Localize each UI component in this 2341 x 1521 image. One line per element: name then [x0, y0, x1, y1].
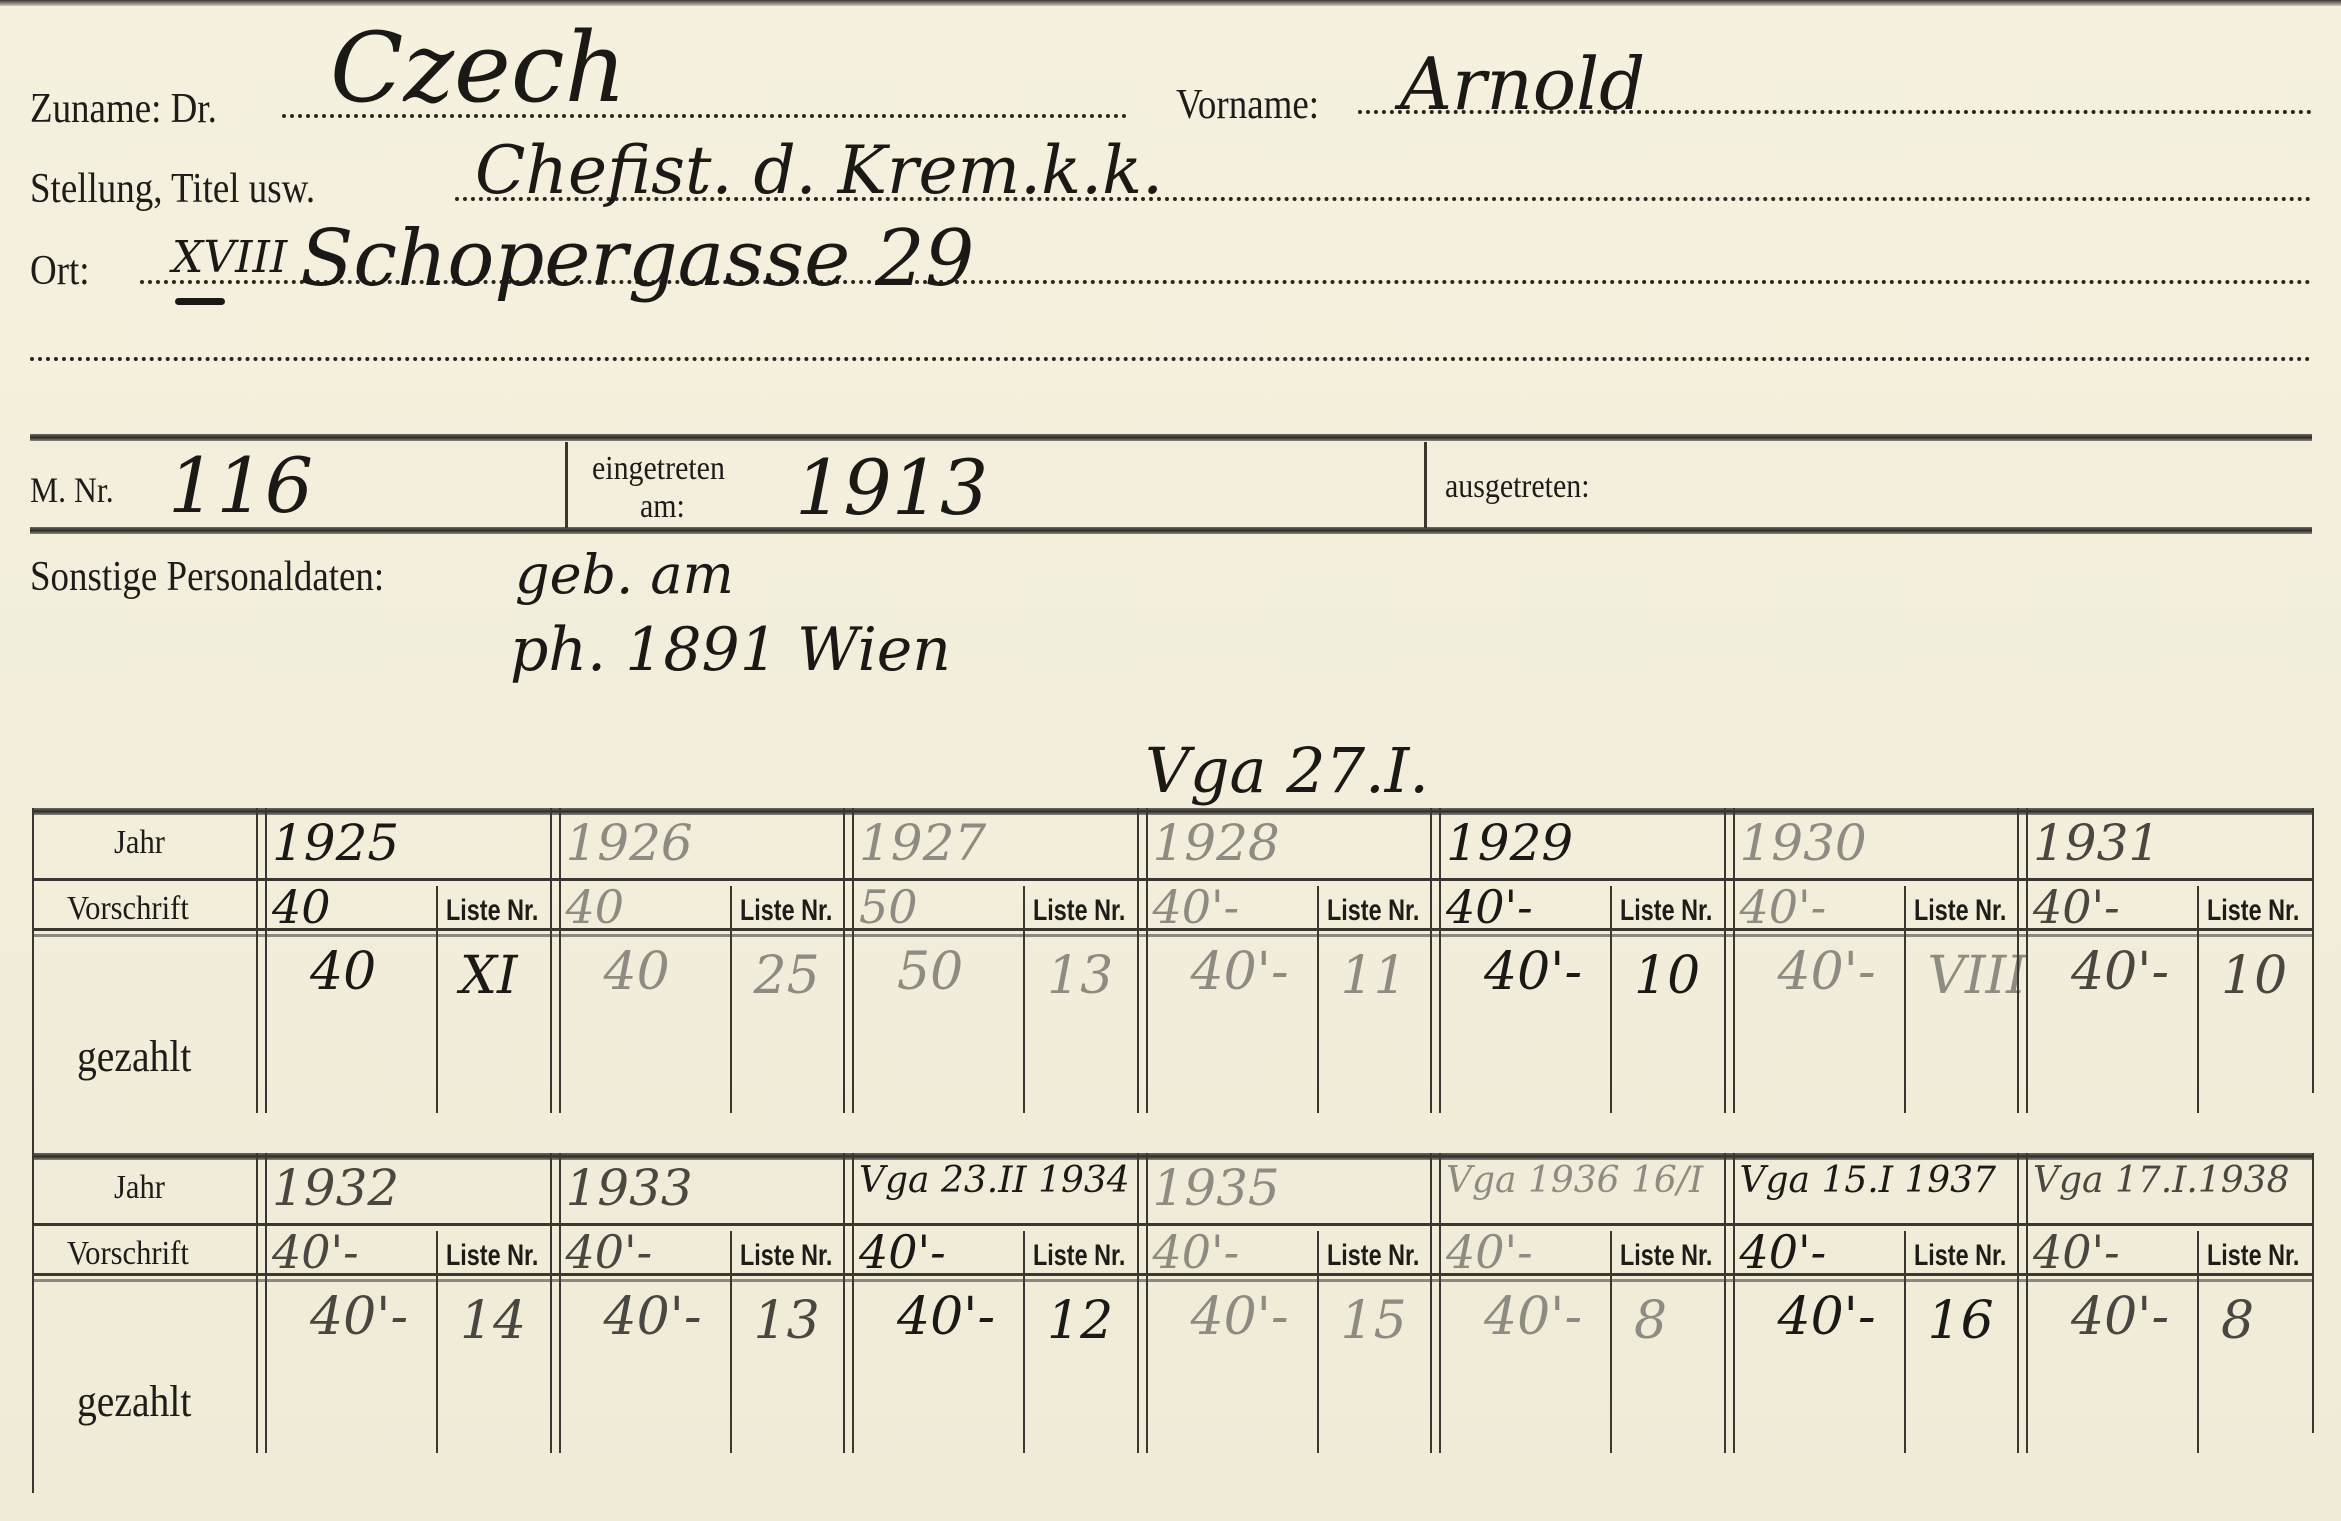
column-divider: [843, 1153, 854, 1453]
gezahlt-value: 40'-: [1778, 946, 1876, 998]
vorschrift-value: 40'-: [566, 1229, 653, 1275]
row-label-gezahlt: gezahlt: [77, 1376, 191, 1427]
year-value: 1925: [272, 818, 399, 868]
card-top-edge: [0, 0, 2341, 6]
column-divider: [550, 1153, 561, 1453]
vorschrift-value: 40'-: [1153, 884, 1240, 930]
row-label-jahr: Jahr: [114, 824, 165, 862]
year-value: 1935: [1153, 1163, 1280, 1213]
gezahlt-value: 40'-: [2071, 1291, 2169, 1343]
dues-vorschrift-rule-b: [32, 934, 2314, 937]
liste-divider: [1317, 886, 1319, 1113]
vorschrift-value: 50: [859, 884, 918, 930]
liste-divider: [1610, 1231, 1612, 1453]
stellung-value: Chefist. d. Krem.k.k.: [475, 138, 1163, 204]
liste-divider: [730, 886, 732, 1113]
dues-right-border: [2312, 1153, 2314, 1433]
liste-nr-value: 25: [754, 950, 820, 1002]
vorschrift-value: 40'-: [272, 1229, 359, 1275]
dues-table-1925-1931: JahrVorschriftgezahlt192540Liste Nr.40XI…: [32, 808, 2314, 1153]
liste-nr-value: 11: [1341, 950, 1407, 1002]
year-value: 1933: [566, 1163, 693, 1213]
dues-vorschrift-rule-b: [32, 1279, 2314, 1282]
vorschrift-value: 40'-: [2033, 1229, 2120, 1275]
column-divider: [256, 808, 267, 1113]
ort-label: Ort:: [30, 250, 90, 292]
column-divider: [256, 1153, 267, 1453]
column-divider: [2017, 1153, 2028, 1453]
column-divider: [1724, 1153, 1735, 1453]
column-divider: [843, 808, 854, 1113]
liste-divider: [1023, 1231, 1025, 1453]
liste-nr-label: Liste Nr.: [1914, 1239, 2006, 1273]
liste-nr-label: Liste Nr.: [1620, 894, 1712, 928]
gezahlt-value: 40'-: [310, 1291, 408, 1343]
year-value: 1931: [2033, 818, 2160, 868]
vorschrift-value: 40'-: [1446, 884, 1533, 930]
vorschrift-value: 40'-: [2033, 884, 2120, 930]
liste-divider: [436, 1231, 438, 1453]
ort-value: Schopergasse 29: [300, 220, 974, 298]
stellung-label: Stellung, Titel usw.: [30, 168, 315, 210]
liste-divider: [1023, 886, 1025, 1113]
liste-nr-value: XI: [460, 950, 518, 1002]
dues-table-1932-1938: JahrVorschriftgezahlt193240'-Liste Nr.40…: [32, 1153, 2314, 1493]
blank-line: [30, 357, 2312, 361]
vorname-label: Vorname:: [1176, 84, 1319, 126]
zuname-value: Czech: [330, 20, 626, 116]
annotation-top: Vga 27.I.: [1145, 740, 1429, 802]
personal-label: Sonstige Personaldaten:: [30, 556, 384, 598]
personal-line1: geb. am: [515, 548, 734, 602]
liste-divider: [1904, 886, 1906, 1113]
ort-district: XVIII: [172, 236, 287, 280]
row-label-vorschrift: Vorschrift: [67, 1235, 189, 1273]
year-value: Vga 17.I.1938: [2033, 1163, 2289, 1199]
gezahlt-value: 40'-: [897, 1291, 995, 1343]
liste-nr-value: 8: [2221, 1295, 2254, 1347]
dues-left-border: [32, 808, 34, 1153]
liste-divider: [2197, 1231, 2199, 1453]
membership-top-rule: [30, 434, 2312, 441]
vorschrift-value: 40'-: [859, 1229, 946, 1275]
gezahlt-value: 40'-: [1484, 1291, 1582, 1343]
row-label-jahr: Jahr: [114, 1169, 165, 1207]
column-divider: [2017, 808, 2028, 1113]
gezahlt-value: 40'-: [604, 1291, 702, 1343]
vorschrift-value: 40: [566, 884, 625, 930]
liste-nr-label: Liste Nr.: [740, 1239, 832, 1273]
vorschrift-value: 40'-: [1153, 1229, 1240, 1275]
liste-nr-value: 14: [460, 1295, 526, 1347]
liste-nr-label: Liste Nr.: [1914, 894, 2006, 928]
gezahlt-value: 40'-: [1778, 1291, 1876, 1343]
liste-nr-value: 8: [1634, 1295, 1667, 1347]
year-value: 1932: [272, 1163, 399, 1213]
membership-divider-1: [565, 442, 568, 528]
dues-left-border: [32, 1153, 34, 1493]
liste-nr-label: Liste Nr.: [740, 894, 832, 928]
zuname-label: Zuname: Dr.: [30, 88, 217, 130]
gezahlt-value: 40: [310, 946, 376, 998]
vorschrift-value: 40'-: [1740, 884, 1827, 930]
year-value: 1926: [566, 818, 693, 868]
liste-divider: [436, 886, 438, 1113]
liste-divider: [730, 1231, 732, 1453]
mnr-label: M. Nr.: [30, 472, 114, 508]
liste-nr-label: Liste Nr.: [1620, 1239, 1712, 1273]
liste-nr-label: Liste Nr.: [446, 894, 538, 928]
liste-nr-label: Liste Nr.: [2207, 894, 2299, 928]
column-divider: [1137, 808, 1148, 1113]
personal-line2: ph. 1891 Wien: [510, 620, 951, 680]
mnr-value: 116: [168, 448, 313, 524]
liste-nr-value: 10: [2221, 950, 2287, 1002]
membership-card: Zuname: Dr. Czech Vorname: Arnold Stellu…: [0, 0, 2341, 1521]
gezahlt-value: 40'-: [1191, 946, 1289, 998]
year-value: 1927: [859, 818, 986, 868]
column-divider: [1430, 808, 1441, 1113]
liste-nr-label: Liste Nr.: [1327, 894, 1419, 928]
liste-nr-label: Liste Nr.: [2207, 1239, 2299, 1273]
liste-nr-value: VIII: [1928, 950, 2027, 1002]
liste-nr-label: Liste Nr.: [1327, 1239, 1419, 1273]
ort-district-underline: [175, 298, 225, 305]
year-value: 1930: [1740, 818, 1867, 868]
year-value: Vga 1936 16/I: [1446, 1163, 1703, 1199]
liste-nr-label: Liste Nr.: [1033, 894, 1125, 928]
eingetreten-label-line1: eingetreten: [592, 452, 725, 486]
column-divider: [1137, 1153, 1148, 1453]
gezahlt-value: 40'-: [2071, 946, 2169, 998]
year-value: 1929: [1446, 818, 1573, 868]
eingetreten-value: 1913: [795, 450, 988, 526]
column-divider: [1430, 1153, 1441, 1453]
gezahlt-value: 40'-: [1484, 946, 1582, 998]
year-value: Vga 15.I 1937: [1740, 1163, 1996, 1199]
liste-nr-value: 13: [754, 1295, 820, 1347]
gezahlt-value: 50: [897, 946, 963, 998]
liste-nr-value: 10: [1634, 950, 1700, 1002]
column-divider: [1724, 808, 1735, 1113]
liste-nr-value: 16: [1928, 1295, 1994, 1347]
membership-divider-2: [1424, 442, 1427, 528]
liste-divider: [1317, 1231, 1319, 1453]
eingetreten-label-line2: am:: [640, 490, 685, 524]
liste-nr-value: 13: [1047, 950, 1113, 1002]
membership-bottom-rule: [30, 527, 2312, 534]
vorschrift-value: 40: [272, 884, 331, 930]
liste-nr-label: Liste Nr.: [446, 1239, 538, 1273]
row-label-gezahlt: gezahlt: [77, 1031, 191, 1082]
liste-divider: [1904, 1231, 1906, 1453]
dues-right-border: [2312, 808, 2314, 1093]
column-divider: [550, 808, 561, 1113]
liste-divider: [1610, 886, 1612, 1113]
vorschrift-value: 40'-: [1740, 1229, 1827, 1275]
liste-nr-value: 15: [1341, 1295, 1407, 1347]
vorname-value: Arnold: [1400, 48, 1645, 120]
liste-nr-label: Liste Nr.: [1033, 1239, 1125, 1273]
liste-divider: [2197, 886, 2199, 1113]
year-value: 1928: [1153, 818, 1280, 868]
year-value: Vga 23.II 1934: [859, 1163, 1130, 1199]
gezahlt-value: 40: [604, 946, 670, 998]
liste-nr-value: 12: [1047, 1295, 1113, 1347]
vorschrift-value: 40'-: [1446, 1229, 1533, 1275]
ausgetreten-label: ausgetreten:: [1445, 470, 1590, 504]
gezahlt-value: 40'-: [1191, 1291, 1289, 1343]
row-label-vorschrift: Vorschrift: [67, 890, 189, 928]
